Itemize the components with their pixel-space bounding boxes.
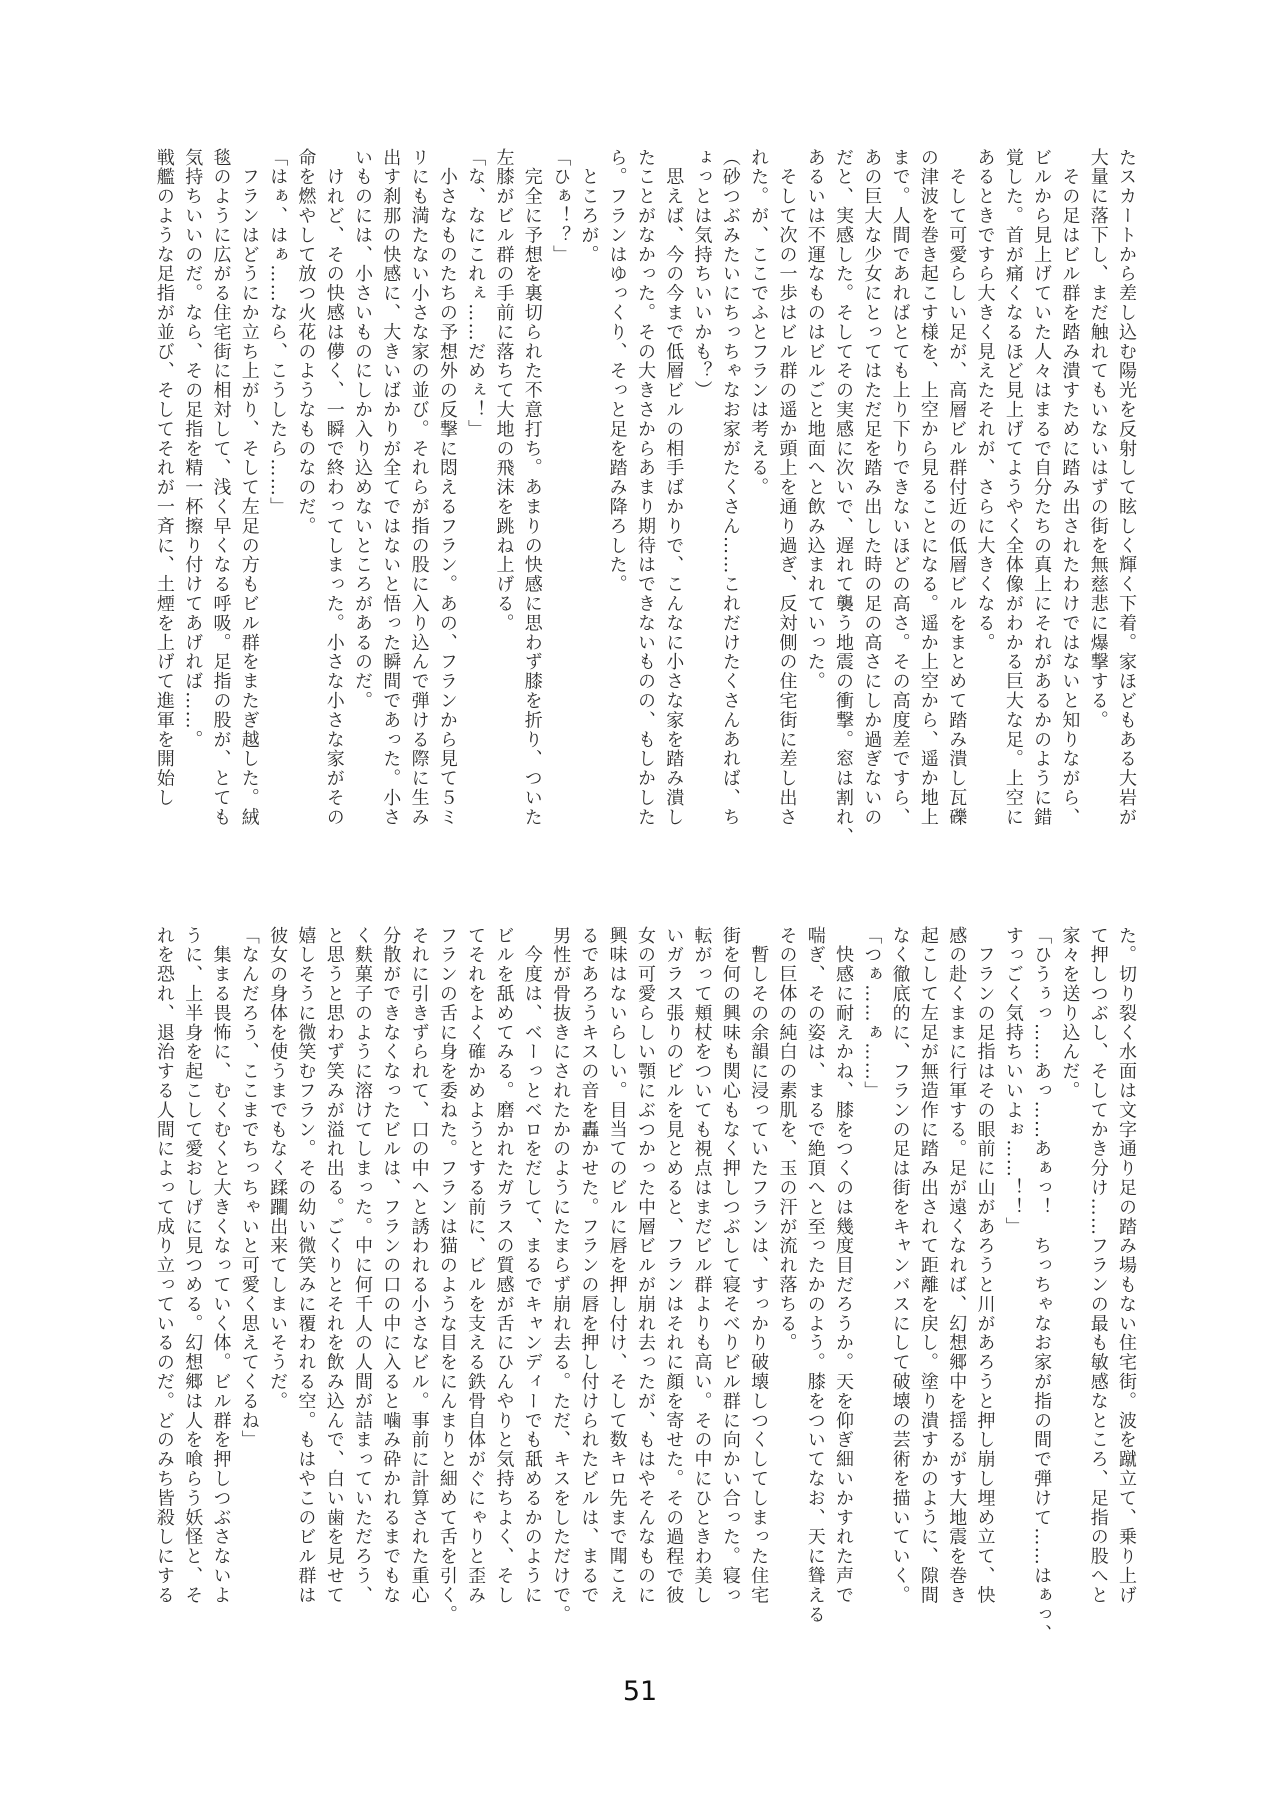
text-column: ょっとは気持ちいいかも？） (687, 148, 715, 896)
text-column: 「つぁ……ぁ……」 (857, 926, 885, 1674)
text-column: 完全に予想を裏切られた不意打ち。あまりの快感に思わず膝を折り、ついた (517, 148, 545, 896)
text-column: 分散ができなくなったビルは、フランの口の中に入ると噛み砕かれるまでもな (376, 926, 404, 1674)
page-number: 51 (0, 1676, 1280, 1707)
text-column: 起こして左足が無造作に踏み出されて距離を戻し。塗り潰すかのように、隙間 (914, 926, 942, 1674)
text-column: 転がって頬杖をついても視点はまだビル群よりも高い。その中にひときわ美し (687, 926, 715, 1674)
text-column: ビルを舐めてみる。磨かれたガラスの質感が舌にひんやりと気持ちよく、そし (489, 926, 517, 1674)
text-column: 快感に耐えかね、膝をつくのは幾度目だろうか。天を仰ぎ細いかすれた声で (829, 926, 857, 1674)
text-column: 家々を送り込んだ。 (1055, 926, 1083, 1674)
text-column: たことがなかった。その大きさからあまり期待はできないものの、もしかした (631, 148, 659, 896)
text-column: そして次の一歩はビル群の遥か頭上を通り過ぎ、反対側の住宅街に差し出さ (772, 148, 800, 896)
text-column: あの巨大な少女にとってはただ足を踏み出した時の足の高さにしか過ぎないの (857, 148, 885, 896)
text-column: 覚した。首が痛くなるほど見上げてようやく全体像がわかる巨大な足。上空に (999, 148, 1027, 896)
text-column: 小さなものたちの予想外の反撃に悶えるフラン。あの、フランから見て５ミ (433, 148, 461, 896)
text-column: うに、上半身を起こして愛おしげに見つめる。幻想郷は人を喰らう妖怪と、そ (178, 926, 206, 1674)
text-column: 彼女の身体を使うまでもなく蹂躙出来てしまいそうだ。 (263, 926, 291, 1674)
text-column: 興味はないらしい。目当てのビルに唇を押し付け、そして数キロ先まで聞こえ (602, 926, 630, 1674)
text-column: 「ひぁ！？」 (546, 148, 574, 896)
text-column: るであろうキスの音を轟かせた。フランの唇を押し付けられたビルは、まるで (574, 926, 602, 1674)
text-column: 命を燃やして放つ火花のようなものなのだ。 (291, 148, 319, 896)
text-column: 「なんだろう、ここまでちっちゃいと可愛く思えてくるね」 (235, 926, 263, 1674)
text-column: フランの足指はその眼前に山があろうと川があろうと押し崩し埋め立て、快 (970, 926, 998, 1674)
text-column: 思えば、今の今まで低層ビルの相手ばかりで、こんなに小さな家を踏み潰し (659, 148, 687, 896)
text-column: リにも満たない小さな家の並び。それらが指の股に入り込んで弾ける際に生み (404, 148, 432, 896)
text-column: フランの舌に身を委ねた。フランは猫のような目をにんまりと細めて舌を引く。 (433, 926, 461, 1674)
text-column: 毯のように広がる住宅街に相対して、浅く早くなる呼吸。足指の股が、とても (206, 148, 234, 896)
text-column: 感の赴くままに行軍する。足が遠くなれば、幻想郷中を揺るがす大地震を巻き (942, 926, 970, 1674)
text-column: と思うと思わず笑みが溢れ出る。ごくりとそれを飲み込んで、白い歯を見せて (319, 926, 347, 1674)
text-column: てそれをよく確かめようとする前に、ビルを支える鉄骨自体がぐにゃりと歪み (461, 926, 489, 1674)
text-column: フランはどうにか立ち上がり、そして左足の方もビル群をまたぎ越した。絨 (235, 148, 263, 896)
text-column: く麩菓子のように溶けてしまった。中に何千人の人間が詰まっていただろう、 (348, 926, 376, 1674)
text-column: 男性が骨抜きにされたかのようにたまらず崩れ去る。ただ、キスをしただけで。 (546, 926, 574, 1674)
text-column: いガラス張りのビルを見とめると、フランはそれに顔を寄せた。その過程で彼 (659, 926, 687, 1674)
text-column: たスカートから差し込む陽光を反射して眩しく輝く下着。家ほどもある大岩が (1112, 148, 1140, 896)
text-column: た。切り裂く水面は文字通り足の踏み場もない住宅街。波を蹴立て、乗り上げ (1112, 926, 1140, 1674)
text-column: れを恐れ、退治する人間によって成り立っているのだ。どのみち皆殺しにする (150, 926, 178, 1674)
text-column: それに引きずられて、口の中へと誘われる小さなビル。事前に計算された重心 (404, 926, 432, 1674)
text-column: そして可愛らしい足が、高層ビル群付近の低層ビルをまとめて踏み潰し瓦礫 (942, 148, 970, 896)
text-column: 嬉しそうに微笑むフラン。その幼い微笑みに覆われる空。もはやこのビル群は (291, 926, 319, 1674)
text-column: 「な、なにこれぇ……だめぇ！」 (461, 148, 489, 896)
text-column: ところが。 (574, 148, 602, 896)
text-column: あるときですら大きく見えたそれが、さらに大きくなる。 (970, 148, 998, 896)
text-column: 「ひうぅっ……あっ……あぁっ！ ちっちゃなお家が指の間で弾けて……はぁっ、 (1027, 926, 1055, 1674)
text-column: 出す刹那の快感に、大きいばかりが全てではないと悟った瞬間であった。小さ (376, 148, 404, 896)
text-column: 戦艦のような足指が並び、そしてそれが一斉に、土煙を上げて進軍を開始し (150, 148, 178, 896)
text-column: その巨体の純白の素肌を、玉の汗が流れ落ちる。 (772, 926, 800, 1674)
text-column: 女の可愛らしい顎にぶつかった中層ビルが崩れ去ったが、もはやそんなものに (631, 926, 659, 1674)
scanned-novel-page: たスカートから差し込む陽光を反射して眩しく輝く下着。家ほどもある大岩が大量に落下… (0, 0, 1280, 1806)
text-column: 「はぁ、はぁ……なら、こうしたら……」 (263, 148, 291, 896)
text-column: すっごく気持ちいいよぉ……！！」 (999, 926, 1027, 1674)
text-column: 今度は、ベーっとベロをだして、まるでキャンディーでも舐めるかのように (517, 926, 545, 1674)
text-column: 集まる畏怖に、むくむくと大きくなっていく体。ビル群を押しつぶさないよ (206, 926, 234, 1674)
text-column: まで。人間であればとても上り下りできないほどの高さ。その高度差ですら、 (885, 148, 913, 896)
text-column: その足はビル群を踏み潰すために踏み出されたわけではないと知りながら、 (1055, 148, 1083, 896)
text-column: だと、実感した。そしてその実感に次いで、遅れて襲う地震の衝撃。窓は割れ、 (829, 148, 857, 896)
text-column: なく徹底的に、フランの足は街をキャンバスにして破壊の芸術を描いていく。 (885, 926, 913, 1674)
text-column: 喘ぎ、その姿は、まるで絶頂へと至ったかのよう。膝をついてなお、天に聳える (800, 926, 828, 1674)
text-column: て押しつぶし、そしてかき分け……フランの最も敏感なところ、足指の股へと (1083, 926, 1111, 1674)
top-text-band: たスカートから差し込む陽光を反射して眩しく輝く下着。家ほどもある大岩が大量に落下… (150, 148, 1140, 896)
text-column: の津波を巻き起こす様を、上空から見ることになる。遥か上空から、遥か地上 (914, 148, 942, 896)
text-column: けれど、その快感は儚く、一瞬で終わってしまった。小さな小さな家がその (319, 148, 347, 896)
text-column: れた。が、ここでふとフランは考える。 (744, 148, 772, 896)
text-column: いものには、小さいものにしか入り込めないところがあるのだ。 (348, 148, 376, 896)
text-column: あるいは不運なものはビルごと地面へと飲み込まれていった。 (800, 148, 828, 896)
text-column: 暫しその余韻に浸っていたフランは、すっかり破壊しつくしてしまった住宅 (744, 926, 772, 1674)
text-column: （砂つぶみたいにちっちゃなお家がたくさん……これだけたくさんあれば、ち (716, 148, 744, 896)
text-column: 街を何の興味も関心もなく押しつぶして寝そべりビル群に向かい合った。寝っ (716, 926, 744, 1674)
bottom-text-band: た。切り裂く水面は文字通り足の踏み場もない住宅街。波を蹴立て、乗り上げて押しつぶ… (150, 926, 1140, 1674)
text-column: ら。フランはゆっくり、そっと足を踏み降ろした。 (602, 148, 630, 896)
text-column: 左膝がビル群の手前に落ちて大地の飛沫を跳ね上げる。 (489, 148, 517, 896)
text-column: 気持ちいいのだ。なら、その足指を精一杯擦り付けてあげれば……。 (178, 148, 206, 896)
text-column: 大量に落下し、まだ触れてもいないはずの街を無慈悲に爆撃する。 (1083, 148, 1111, 896)
text-column: ビルから見上げていた人々はまるで自分たちの真上にそれがあるかのように錯 (1027, 148, 1055, 896)
